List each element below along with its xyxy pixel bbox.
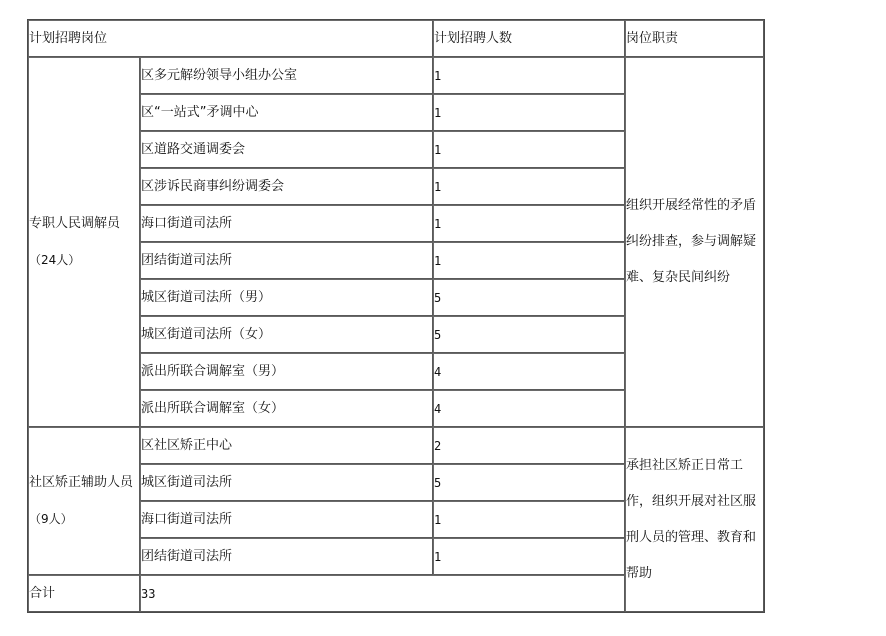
count-cell: 1 [433, 501, 625, 538]
unit-cell: 城区街道司法所（男） [140, 279, 433, 316]
table-row: 专职人民调解员 （24人） 区多元解纷领导小组办公室 1 组织开展经常性的矛盾纠… [28, 57, 764, 94]
unit-cell: 派出所联合调解室（女） [140, 390, 433, 427]
unit-cell: 团结街道司法所 [140, 242, 433, 279]
duty-cell: 承担社区矫正日常工作，组织开展对社区服刑人员的管理、教育和帮助 [625, 427, 764, 612]
unit-cell: 海口街道司法所 [140, 205, 433, 242]
count-cell: 4 [433, 353, 625, 390]
total-label: 合计 [28, 575, 140, 612]
recruitment-plan-table: 计划招聘岗位 计划招聘人数 岗位职责 专职人民调解员 （24人） 区多元解纷领导… [27, 19, 765, 613]
unit-cell: 区“一站式”矛调中心 [140, 94, 433, 131]
unit-cell: 城区街道司法所 [140, 464, 433, 501]
count-cell: 1 [433, 94, 625, 131]
group-name: 专职人民调解员 [29, 216, 120, 231]
unit-cell: 区道路交通调委会 [140, 131, 433, 168]
unit-cell: 区社区矫正中心 [140, 427, 433, 464]
table-row: 社区矫正辅助人员 （9人） 区社区矫正中心 2 承担社区矫正日常工作，组织开展对… [28, 427, 764, 464]
count-cell: 1 [433, 57, 625, 94]
duty-cell: 组织开展经常性的矛盾纠纷排查，参与调解疑难、复杂民间纠纷 [625, 57, 764, 427]
count-cell: 4 [433, 390, 625, 427]
unit-cell: 派出所联合调解室（男） [140, 353, 433, 390]
unit-cell: 区涉诉民商事纠纷调委会 [140, 168, 433, 205]
group-name: 社区矫正辅助人员 [29, 475, 133, 490]
count-cell: 5 [433, 464, 625, 501]
group-total: （24人） [29, 242, 139, 279]
count-cell: 5 [433, 279, 625, 316]
group-name-cell: 专职人民调解员 （24人） [28, 57, 140, 427]
count-cell: 2 [433, 427, 625, 464]
header-duty: 岗位职责 [625, 20, 764, 57]
group-total: （9人） [29, 501, 139, 538]
group-name-cell: 社区矫正辅助人员 （9人） [28, 427, 140, 575]
header-count: 计划招聘人数 [433, 20, 625, 57]
unit-cell: 区多元解纷领导小组办公室 [140, 57, 433, 94]
unit-cell: 海口街道司法所 [140, 501, 433, 538]
header-position: 计划招聘岗位 [28, 20, 433, 57]
total-value: 33 [140, 575, 625, 612]
count-cell: 5 [433, 316, 625, 353]
count-cell: 1 [433, 538, 625, 575]
count-cell: 1 [433, 168, 625, 205]
count-cell: 1 [433, 242, 625, 279]
header-row: 计划招聘岗位 计划招聘人数 岗位职责 [28, 20, 764, 57]
unit-cell: 城区街道司法所（女） [140, 316, 433, 353]
count-cell: 1 [433, 131, 625, 168]
unit-cell: 团结街道司法所 [140, 538, 433, 575]
count-cell: 1 [433, 205, 625, 242]
